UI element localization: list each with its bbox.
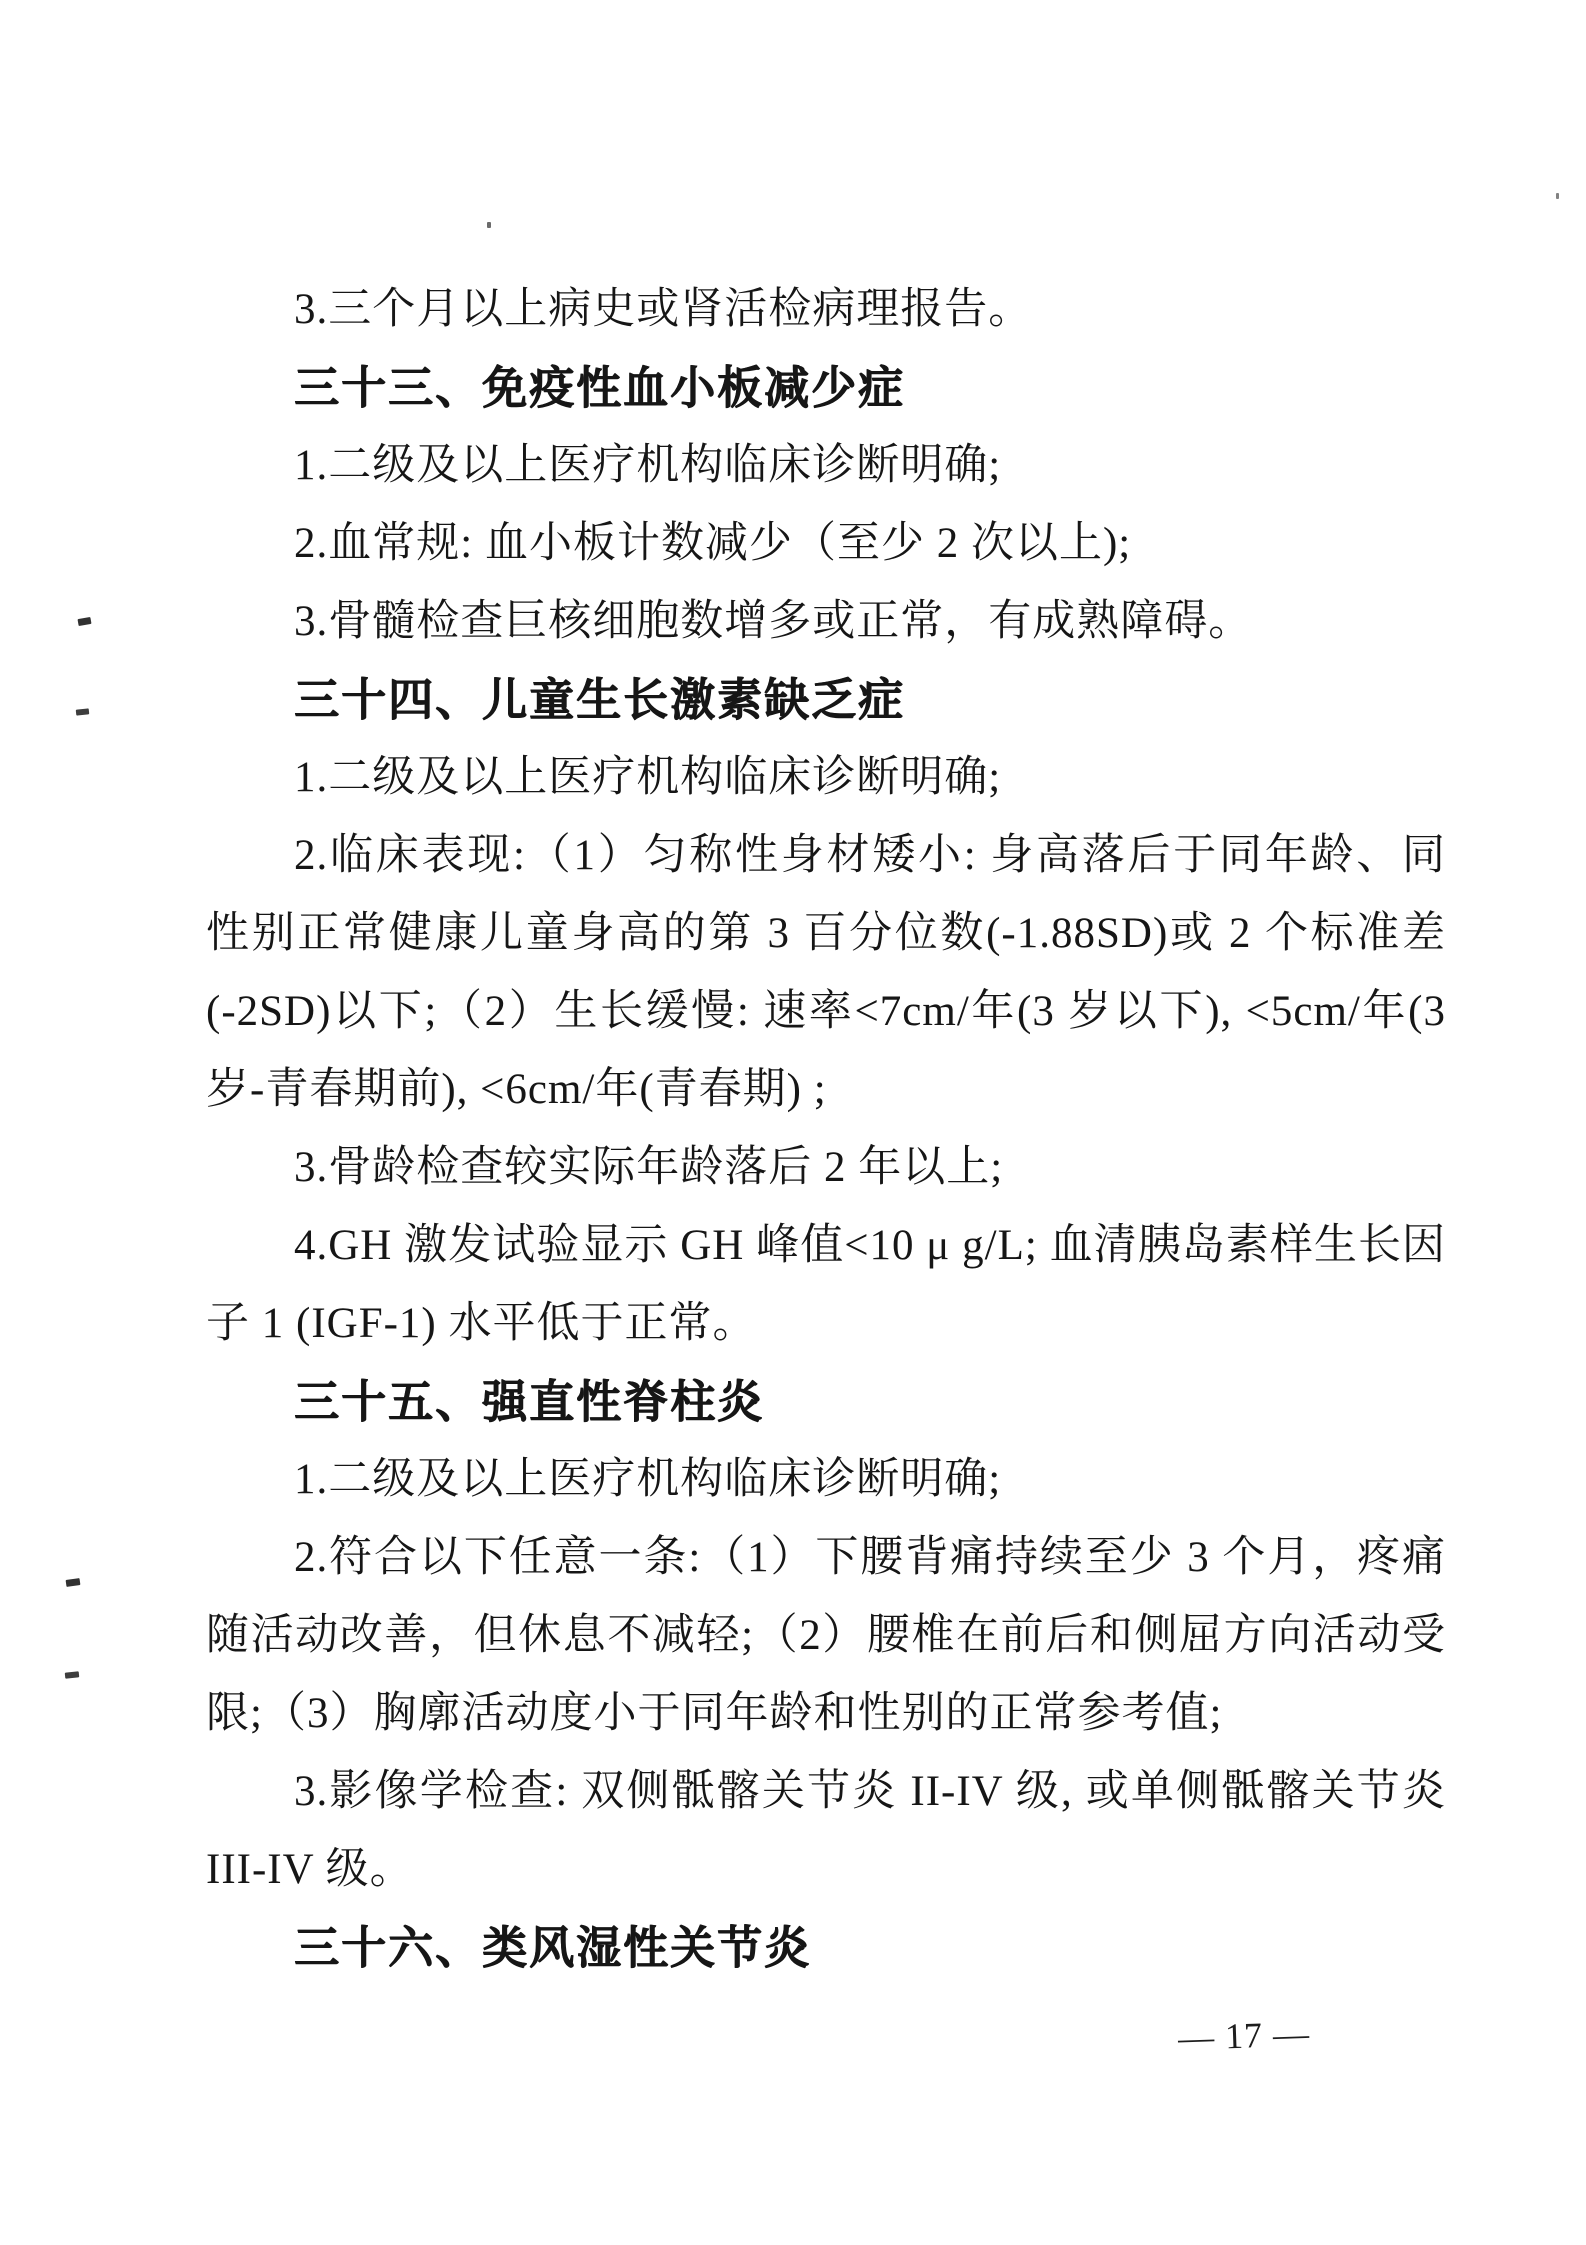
document-line: 岁-青春期前), <6cm/年(青春期) ;: [206, 1051, 1446, 1129]
document-line: 2.符合以下任意一条:（1）下腰背痛持续至少 3 个月，疼痛: [206, 1519, 1446, 1597]
section-heading: 三十四、儿童生长激素缺乏症: [206, 661, 1446, 739]
section-heading: 三十三、免疫性血小板减少症: [206, 349, 1446, 427]
scan-artifact-dash: [77, 617, 91, 626]
scan-artifact-dash: [65, 1671, 80, 1678]
document-line: 1.二级及以上医疗机构临床诊断明确;: [206, 1441, 1446, 1519]
scan-artifact-dot: [487, 222, 491, 228]
document-line: 3.影像学检查: 双侧骶髂关节炎 II-IV 级, 或单侧骶髂关节炎: [206, 1753, 1446, 1831]
document-line: 3.骨龄检查较实际年龄落后 2 年以上;: [206, 1129, 1446, 1207]
document-body: 3.三个月以上病史或肾活检病理报告。 三十三、免疫性血小板减少症 1.二级及以上…: [206, 271, 1446, 1987]
section-heading: 三十五、强直性脊柱炎: [206, 1363, 1446, 1441]
document-line: 1.二级及以上医疗机构临床诊断明确;: [206, 739, 1446, 817]
document-line: III-IV 级。: [206, 1831, 1446, 1909]
document-line: (-2SD)以下;（2）生长缓慢: 速率<7cm/年(3 岁以下), <5cm/…: [206, 973, 1446, 1051]
document-line: 1.二级及以上医疗机构临床诊断明确;: [206, 427, 1446, 505]
document-line: 4.GH 激发试验显示 GH 峰值<10 μ g/L; 血清胰岛素样生长因: [206, 1207, 1446, 1285]
scan-artifact-dot: [1556, 193, 1559, 199]
document-page: 3.三个月以上病史或肾活检病理报告。 三十三、免疫性血小板减少症 1.二级及以上…: [0, 0, 1586, 2245]
document-line: 随活动改善，但休息不减轻;（2）腰椎在前后和侧屈方向活动受: [206, 1597, 1446, 1675]
document-line: 子 1 (IGF-1) 水平低于正常。: [206, 1285, 1446, 1363]
scan-artifact-dash: [66, 1578, 81, 1587]
section-heading: 三十六、类风湿性关节炎: [206, 1909, 1446, 1987]
page-number: — 17 —: [1177, 2011, 1348, 2059]
document-line: 2.血常规: 血小板计数减少（至少 2 次以上);: [206, 505, 1446, 583]
document-line: 3.三个月以上病史或肾活检病理报告。: [206, 271, 1446, 349]
document-line: 3.骨髓检查巨核细胞数增多或正常，有成熟障碍。: [206, 583, 1446, 661]
document-line: 限;（3）胸廓活动度小于同年龄和性别的正常参考值;: [206, 1675, 1446, 1753]
scan-artifact-dash: [76, 708, 90, 715]
document-line: 2.临床表现:（1）匀称性身材矮小: 身高落后于同年龄、同: [206, 817, 1446, 895]
document-line: 性别正常健康儿童身高的第 3 百分位数(-1.88SD)或 2 个标准差: [206, 895, 1446, 973]
